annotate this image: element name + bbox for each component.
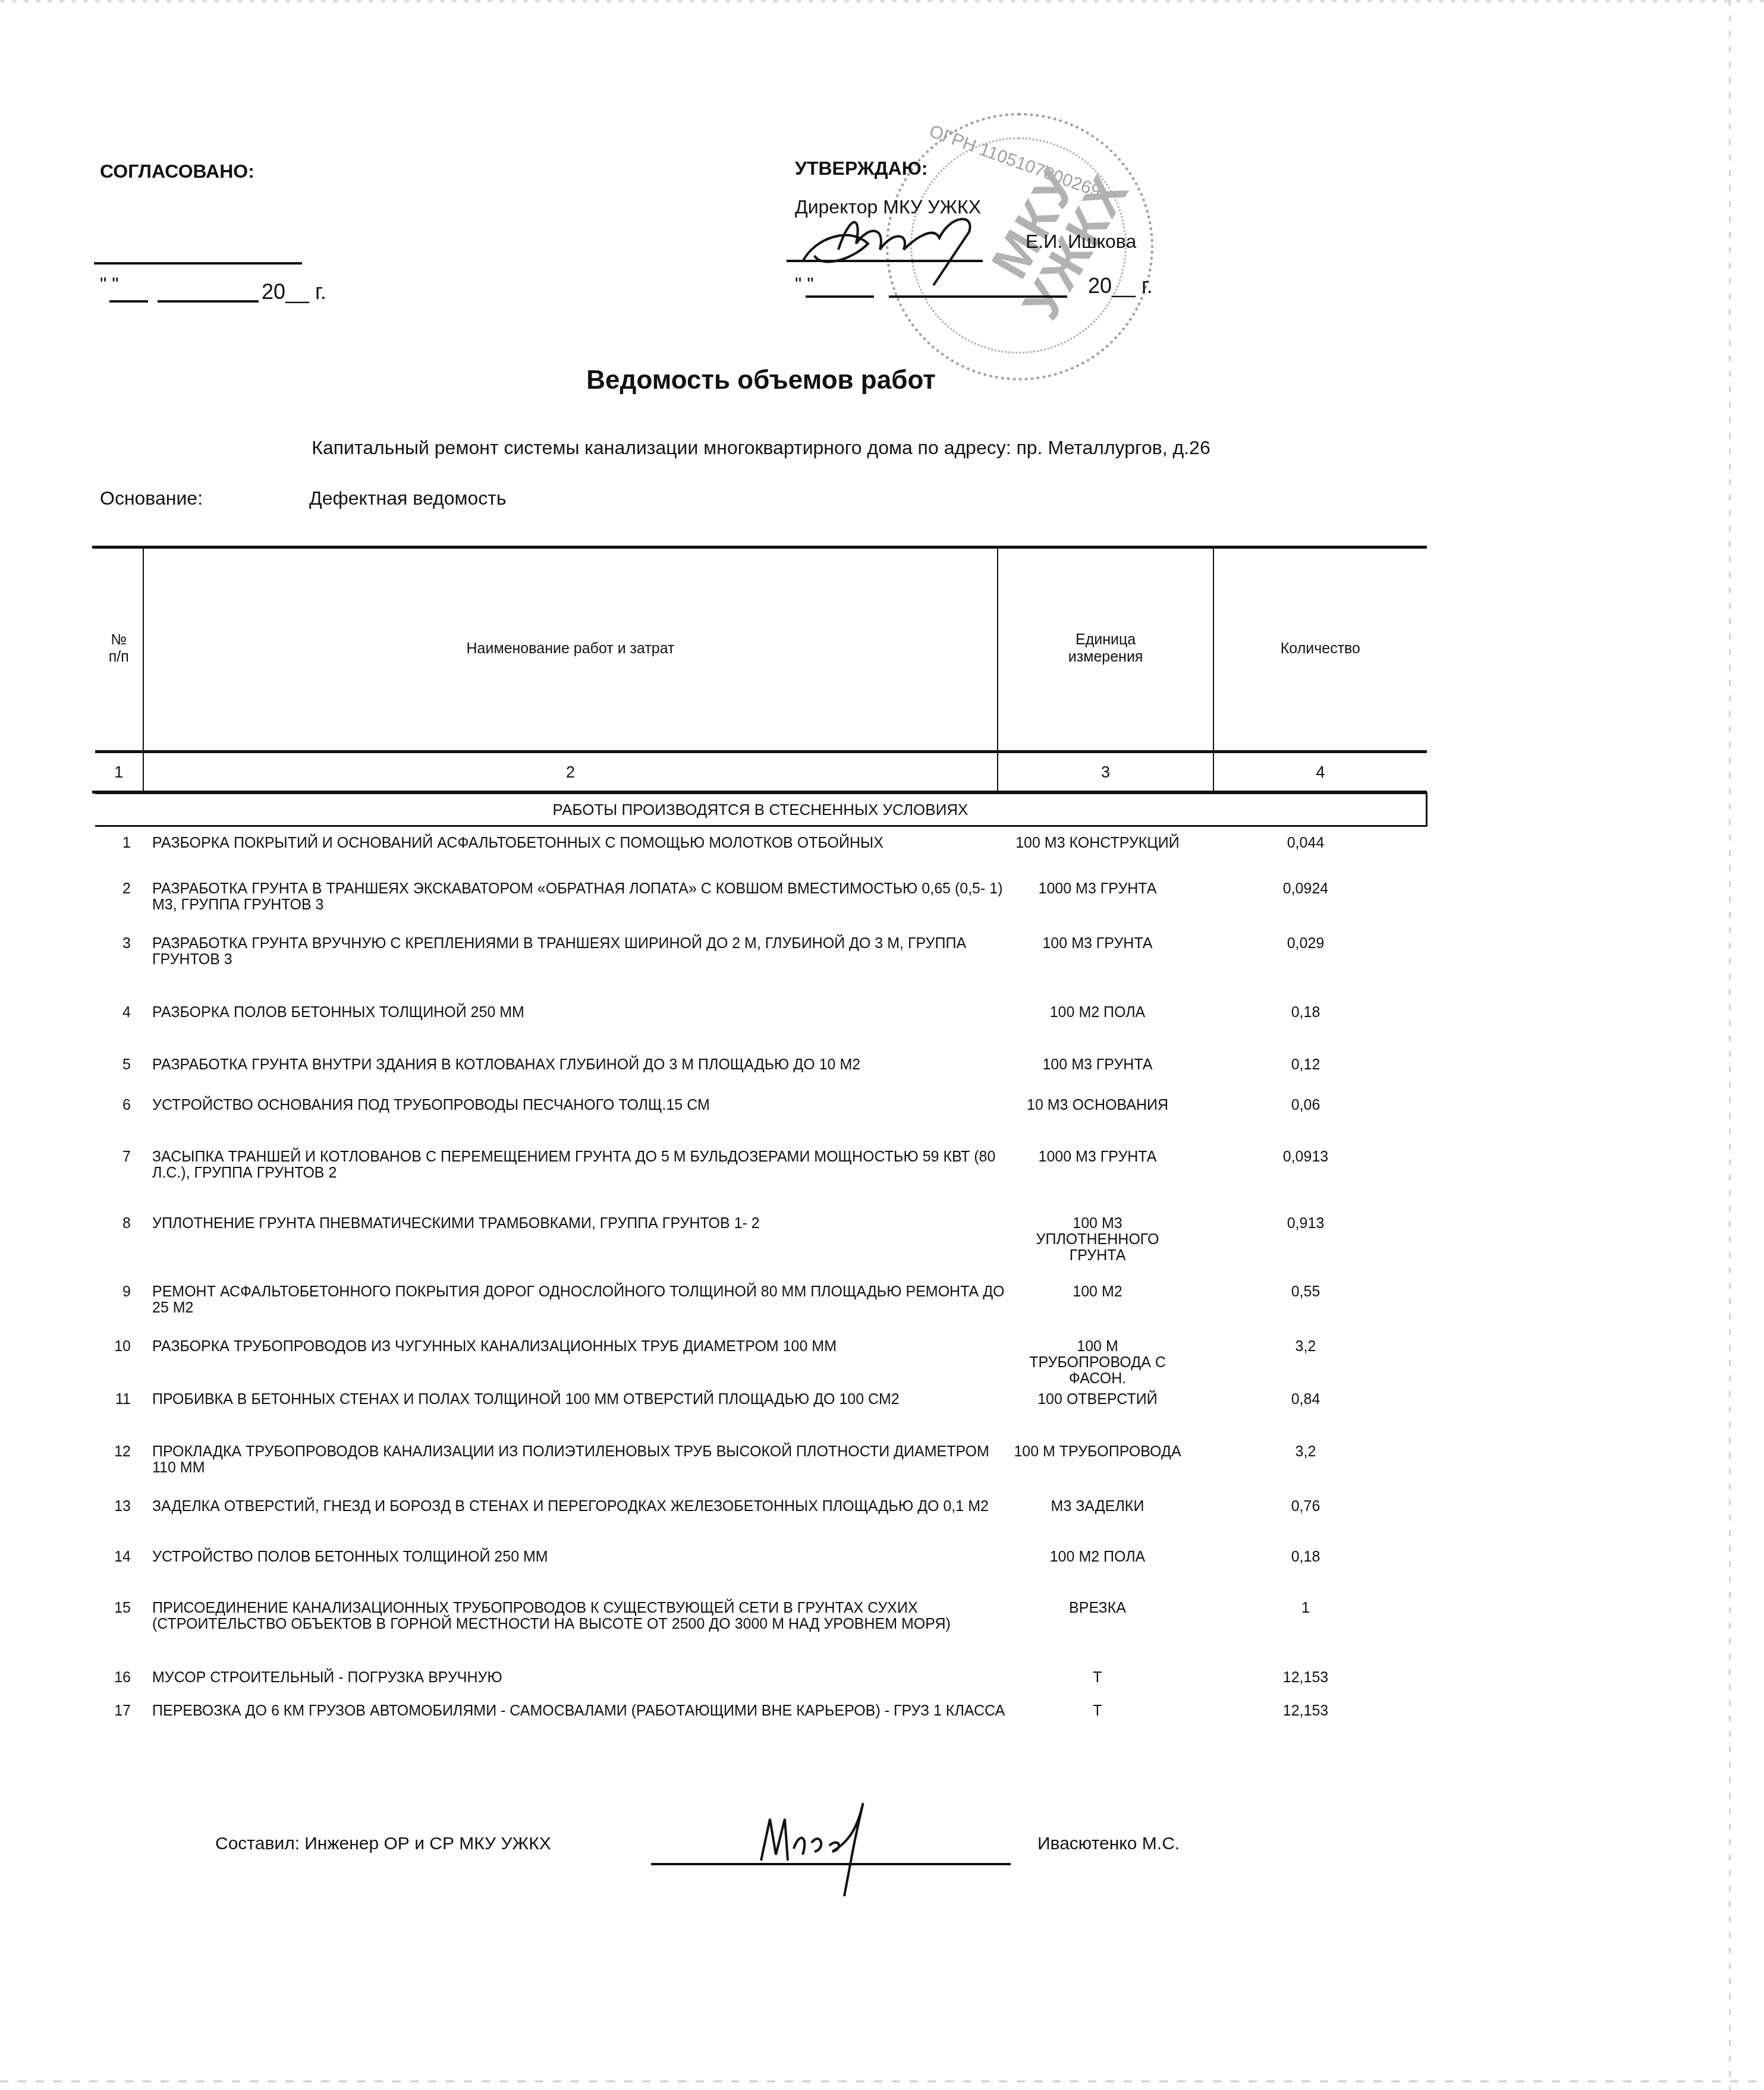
- scan-artifact-top: [0, 0, 1764, 2]
- row-quantity: 0,0924: [1234, 881, 1377, 897]
- approve-year: 20__ г.: [1088, 273, 1153, 298]
- row-unit: 100 М3 ГРУНТА: [996, 1057, 1199, 1073]
- row-number: 14: [95, 1549, 131, 1565]
- row-number: 12: [95, 1444, 131, 1460]
- header-row: № п/п Наименование работ и затрат Единиц…: [95, 547, 1427, 752]
- row-unit: 100 М3 КОНСТРУКЦИЙ: [996, 835, 1199, 851]
- row-work-name: ПРОКЛАДКА ТРУБОПРОВОДОВ КАНАЛИЗАЦИИ ИЗ П…: [152, 1444, 1008, 1476]
- row-unit: 100 М ТРУБОПРОВОДА: [996, 1444, 1199, 1460]
- agreed-month-line: [158, 300, 259, 303]
- col-number-4: 4: [1213, 752, 1427, 792]
- row-quantity: 0,55: [1234, 1284, 1377, 1300]
- row-quantity: 0,12: [1234, 1057, 1377, 1073]
- approver-name: Е.И. Ишкова: [1026, 231, 1136, 253]
- row-number: 8: [95, 1216, 131, 1232]
- basis-value: Дефектная ведомость: [309, 487, 507, 509]
- row-number: 10: [95, 1339, 131, 1355]
- row-unit: 1000 М3 ГРУНТА: [996, 881, 1199, 897]
- row-number: 2: [95, 881, 131, 897]
- row-work-name: УСТРОЙСТВО ОСНОВАНИЯ ПОД ТРУБОПРОВОДЫ ПЕ…: [152, 1097, 1008, 1113]
- header-unit: Единица измерения: [998, 547, 1213, 752]
- header-name: Наименование работ и затрат: [143, 547, 998, 752]
- document-title: Ведомость объемов работ: [0, 366, 1522, 395]
- row-number: 17: [95, 1703, 131, 1719]
- row-work-name: МУСОР СТРОИТЕЛЬНЫЙ - ПОГРУЗКА ВРУЧНУЮ: [152, 1670, 1008, 1686]
- row-quantity: 0,913: [1234, 1216, 1377, 1232]
- row-number: 13: [95, 1499, 131, 1515]
- row-quantity: 0,06: [1234, 1097, 1377, 1113]
- row-number: 16: [95, 1670, 131, 1686]
- row-unit: 100 М3 УПЛОТНЕННОГО ГРУНТА: [1014, 1216, 1181, 1264]
- row-quantity: 0,029: [1234, 936, 1377, 952]
- row-unit: 100 М3 ГРУНТА: [996, 936, 1199, 952]
- row-unit: М3 ЗАДЕЛКИ: [996, 1499, 1199, 1515]
- basis-label: Основание:: [100, 487, 203, 509]
- row-unit: 100 ОТВЕРСТИЙ: [996, 1392, 1199, 1408]
- agreed-day-line: [109, 300, 148, 303]
- header-number: № п/п: [95, 547, 143, 752]
- row-work-name: ПРИСОЕДИНЕНИЕ КАНАЛИЗАЦИОННЫХ ТРУБОПРОВО…: [152, 1600, 1008, 1632]
- row-work-name: РАЗРАБОТКА ГРУНТА ВНУТРИ ЗДАНИЯ В КОТЛОВ…: [152, 1057, 1008, 1073]
- row-work-name: УСТРОЙСТВО ПОЛОВ БЕТОННЫХ ТОЛЩИНОЙ 250 М…: [152, 1549, 1008, 1565]
- row-work-name: ПЕРЕВОЗКА ДО 6 КМ ГРУЗОВ АВТОМОБИЛЯМИ - …: [152, 1703, 1008, 1719]
- row-unit: ВРЕЗКА: [996, 1600, 1199, 1616]
- document-subtitle: Капитальный ремонт системы канализации м…: [0, 437, 1522, 459]
- approver-signature: [797, 202, 987, 297]
- row-unit: 100 М2: [996, 1284, 1199, 1300]
- agreed-year: 20__ г.: [262, 279, 326, 304]
- row-quantity: 0,044: [1234, 835, 1377, 851]
- col-number-2: 2: [143, 752, 998, 792]
- compiler-name: Ивасютенко М.С.: [1037, 1834, 1180, 1854]
- row-unit: 100 М2 ПОЛА: [996, 1005, 1199, 1021]
- approve-date-quotes: " ": [795, 273, 814, 295]
- row-quantity: 3,2: [1234, 1444, 1377, 1460]
- scan-artifact-bottom: [0, 2080, 1764, 2082]
- row-work-name: РАЗРАБОТКА ГРУНТА ВРУЧНУЮ С КРЕПЛЕНИЯМИ …: [152, 936, 1008, 968]
- row-number: 15: [95, 1600, 131, 1616]
- row-quantity: 0,76: [1234, 1499, 1377, 1515]
- row-work-name: ПРОБИВКА В БЕТОННЫХ СТЕНАХ И ПОЛАХ ТОЛЩИ…: [152, 1392, 1008, 1408]
- agreed-date-quotes: " ": [100, 273, 119, 295]
- row-unit: 1000 М3 ГРУНТА: [996, 1149, 1199, 1165]
- row-work-name: ЗАДЕЛКА ОТВЕРСТИЙ, ГНЕЗД И БОРОЗД В СТЕН…: [152, 1499, 1008, 1515]
- row-number: 6: [95, 1097, 131, 1113]
- column-number-row: 1 2 3 4: [95, 752, 1427, 792]
- row-quantity: 1: [1234, 1600, 1377, 1616]
- row-quantity: 0,0913: [1234, 1149, 1377, 1165]
- header-quantity: Количество: [1213, 547, 1427, 752]
- row-quantity: 12,153: [1234, 1670, 1377, 1686]
- approve-month-line: [889, 295, 1067, 298]
- row-quantity: 0,84: [1234, 1392, 1377, 1408]
- compiled-by-label: Составил: Инженер ОР и СР МКУ УЖКХ: [215, 1834, 551, 1854]
- row-unit: Т: [996, 1670, 1199, 1686]
- approve-label: УТВЕРЖДАЮ:: [795, 158, 927, 180]
- row-quantity: 0,18: [1234, 1549, 1377, 1565]
- row-number: 1: [95, 835, 131, 851]
- row-number: 11: [95, 1392, 131, 1408]
- row-work-name: РАЗРАБОТКА ГРУНТА В ТРАНШЕЯХ ЭКСКАВАТОРО…: [152, 881, 1008, 913]
- row-number: 4: [95, 1005, 131, 1021]
- row-quantity: 12,153: [1234, 1703, 1377, 1719]
- row-work-name: УПЛОТНЕНИЕ ГРУНТА ПНЕВМАТИЧЕСКИМИ ТРАМБО…: [152, 1216, 1008, 1232]
- row-unit: 100 М2 ПОЛА: [996, 1549, 1199, 1565]
- row-unit: Т: [996, 1703, 1199, 1719]
- works-table-header: № п/п Наименование работ и затрат Единиц…: [95, 547, 1427, 791]
- row-number: 7: [95, 1149, 131, 1165]
- approve-day-line: [806, 295, 874, 298]
- row-work-name: РАЗБОРКА ПОКРЫТИЙ И ОСНОВАНИЙ АСФАЛЬТОБЕ…: [152, 835, 1008, 851]
- row-work-name: РЕМОНТ АСФАЛЬТОБЕТОННОГО ПОКРЫТИЯ ДОРОГ …: [152, 1284, 1008, 1316]
- scan-artifact-edge: [1729, 0, 1731, 2090]
- col-number-3: 3: [998, 752, 1213, 792]
- row-number: 5: [95, 1057, 131, 1073]
- row-work-name: РАЗБОРКА ПОЛОВ БЕТОННЫХ ТОЛЩИНОЙ 250 ММ: [152, 1005, 1008, 1021]
- row-number: 9: [95, 1284, 131, 1300]
- compiler-signature: [743, 1795, 898, 1902]
- agreed-label: СОГЛАСОВАНО:: [100, 160, 254, 182]
- row-quantity: 3,2: [1234, 1339, 1377, 1355]
- section-title: РАБОТЫ ПРОИЗВОДЯТСЯ В СТЕСНЕННЫХ УСЛОВИЯ…: [95, 792, 1427, 827]
- row-work-name: ЗАСЫПКА ТРАНШЕЙ И КОТЛОВАНОВ С ПЕРЕМЕЩЕН…: [152, 1149, 1008, 1181]
- row-number: 3: [95, 936, 131, 952]
- row-quantity: 0,18: [1234, 1005, 1377, 1021]
- row-work-name: РАЗБОРКА ТРУБОПРОВОДОВ ИЗ ЧУГУННЫХ КАНАЛ…: [152, 1339, 1008, 1355]
- agreed-signature-line: [94, 262, 302, 265]
- row-unit: 10 М3 ОСНОВАНИЯ: [996, 1097, 1199, 1113]
- col-number-1: 1: [95, 752, 143, 792]
- row-unit: 100 М ТРУБОПРОВОДА С ФАСОН.: [1014, 1339, 1181, 1387]
